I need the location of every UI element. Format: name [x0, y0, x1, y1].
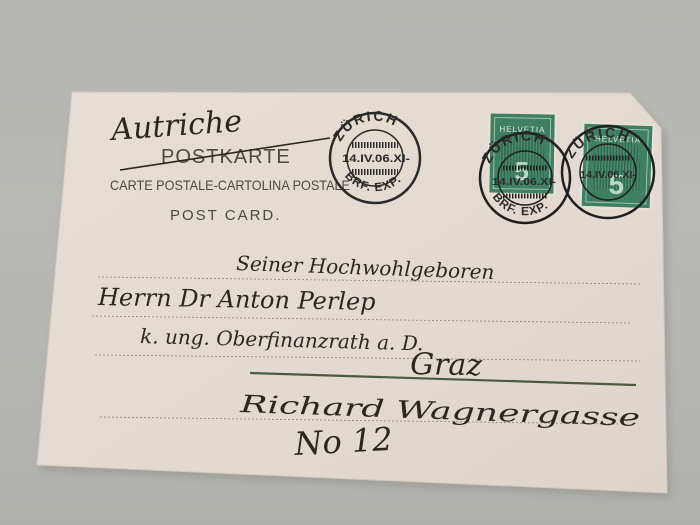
postmark-1-date: 14.IV.06.XI-: [342, 153, 410, 165]
postmark-2-date: 14.IV.06.XI-: [492, 177, 556, 188]
address-line-6-number: No 12: [292, 420, 393, 463]
address-line-2: Herrn Dr Anton Perlep: [97, 283, 376, 316]
header-english: POST CARD.: [170, 207, 281, 224]
postmark-3-date: 14.IV.06.XI-: [580, 170, 636, 181]
postcard-photo: Autriche POSTKARTE CARTE POSTALE-CARTOLI…: [0, 0, 700, 525]
header-subtitle: CARTE POSTALE-CARTOLINA POSTALE: [110, 177, 350, 193]
header-title: POSTKARTE: [161, 146, 291, 168]
address-line-4-city: Graz: [410, 347, 483, 383]
